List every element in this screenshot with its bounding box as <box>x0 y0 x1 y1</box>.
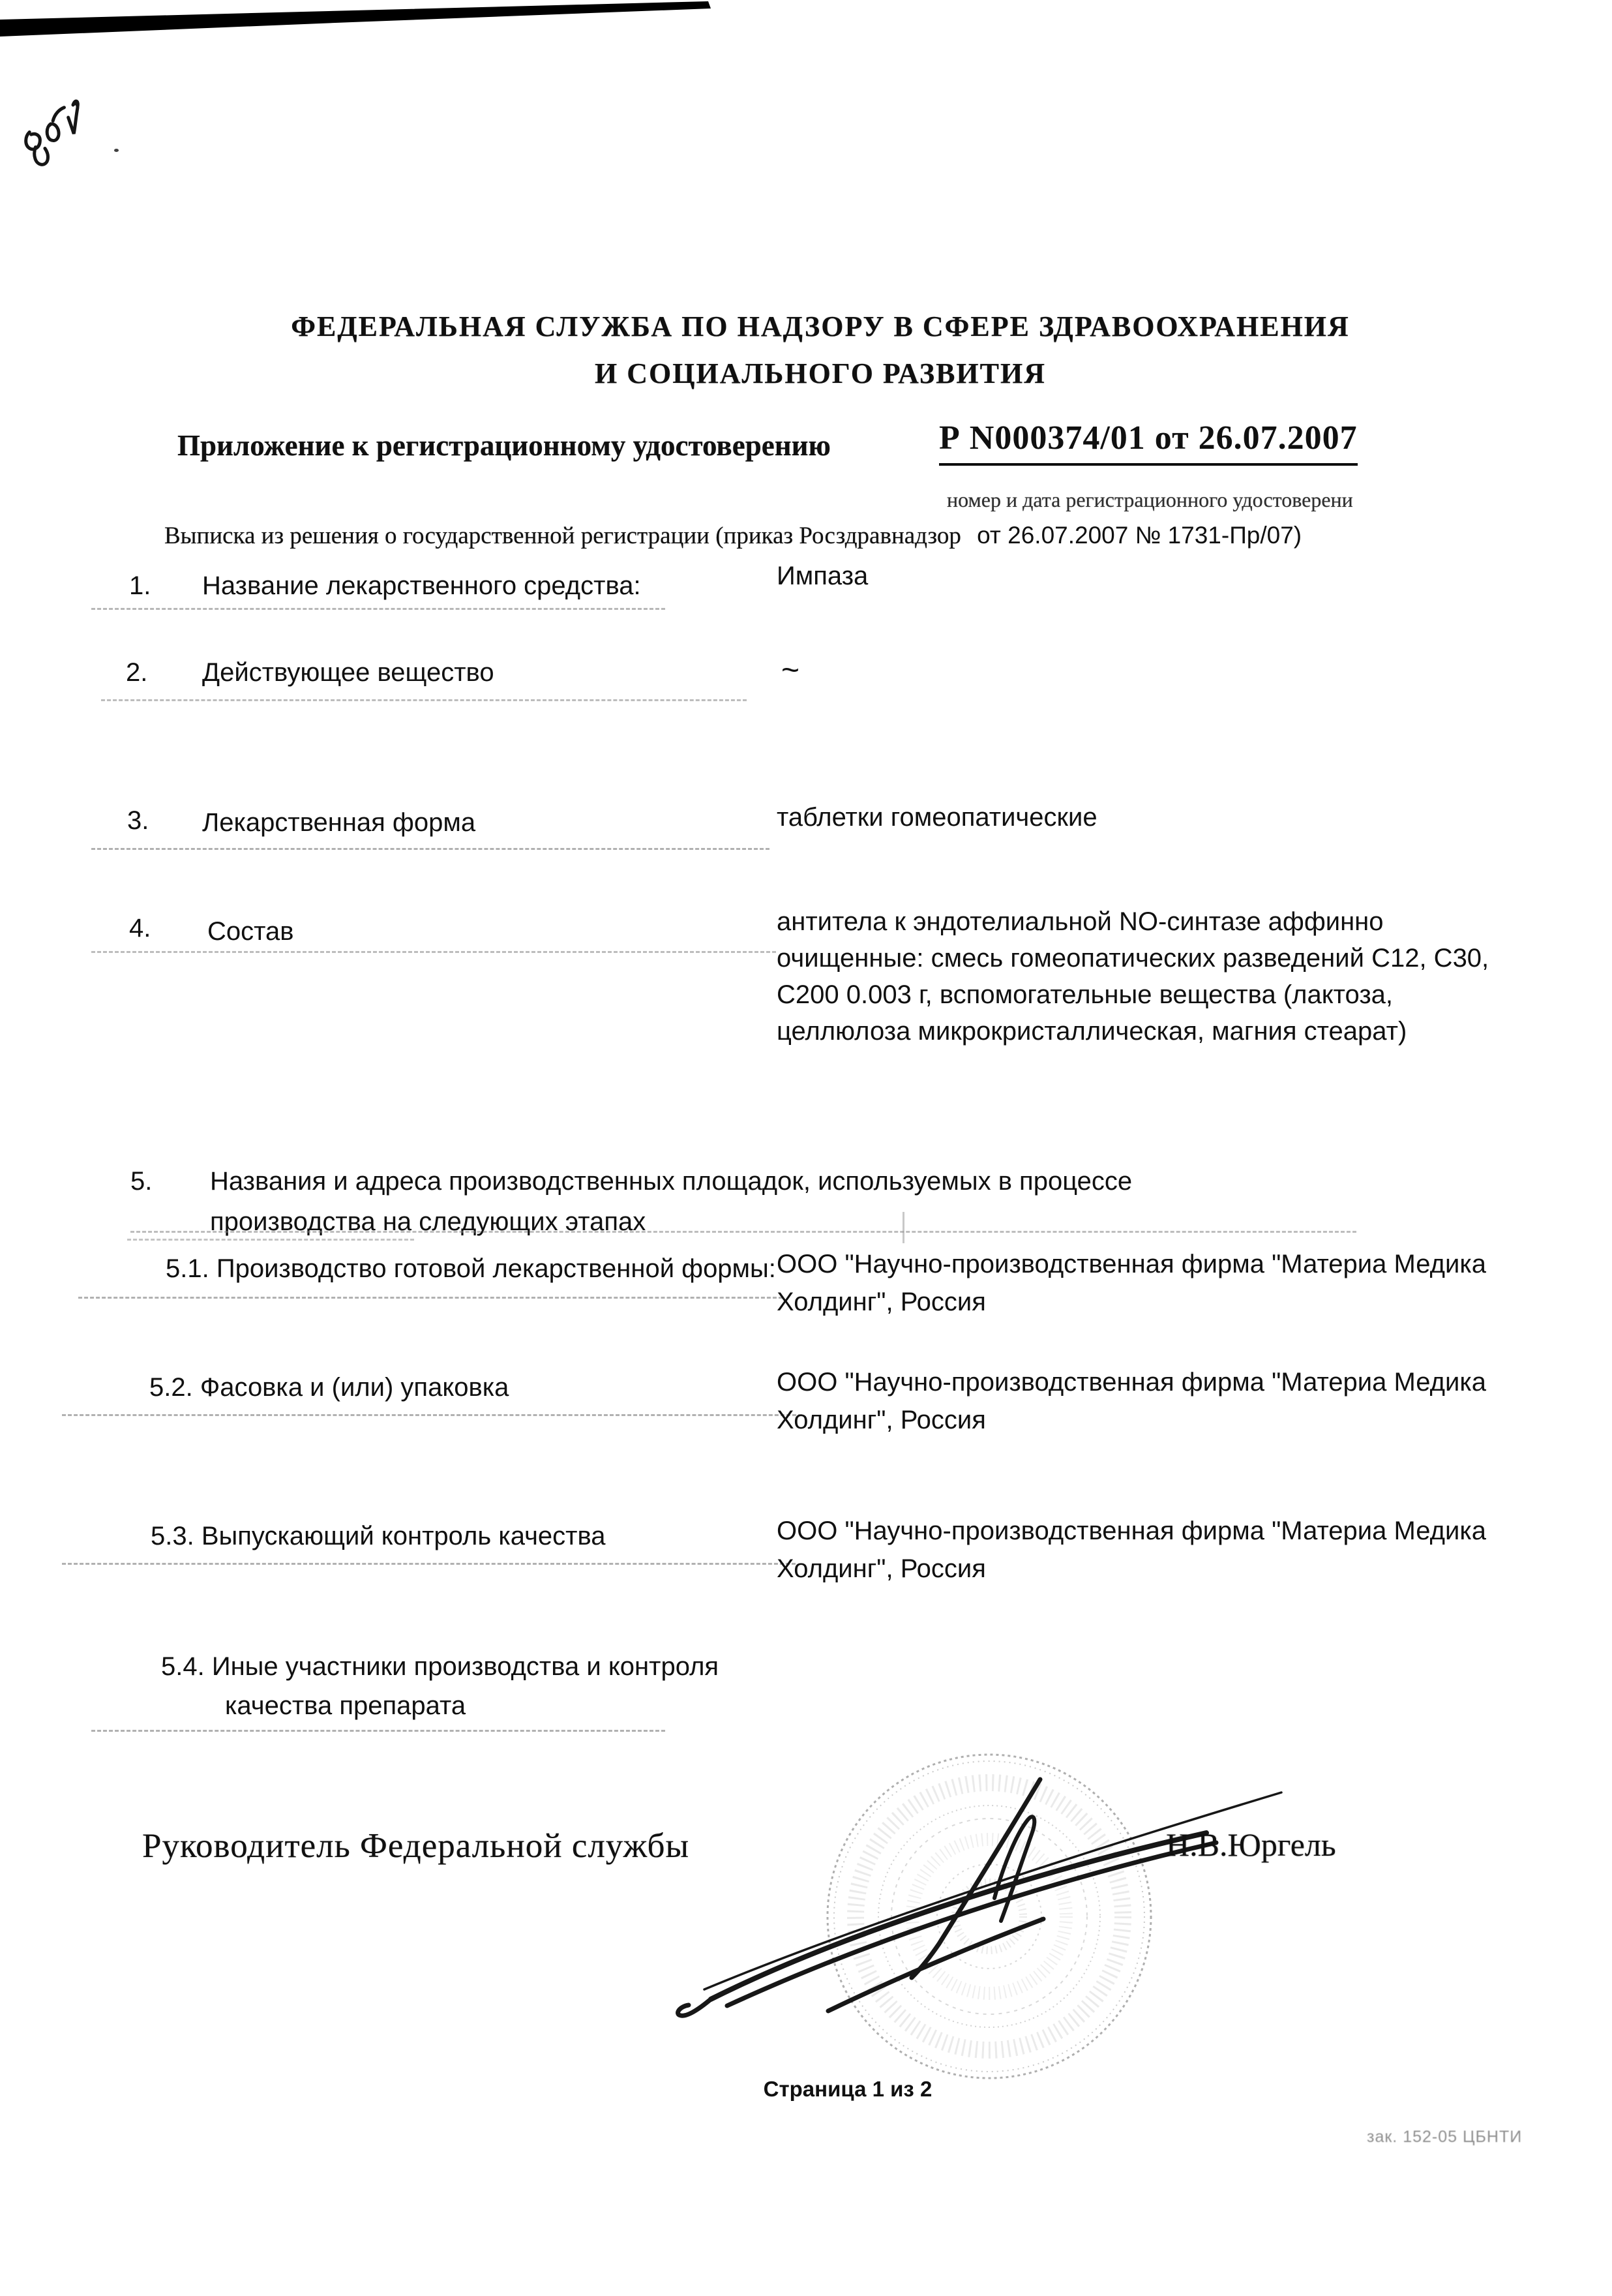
subitem-5-1-value-line2: Холдинг", Россия <box>777 1287 986 1317</box>
item-2-value: ~ <box>781 652 799 688</box>
ruled-dash-line <box>130 1231 1356 1233</box>
ruled-dash-line <box>91 608 665 610</box>
scan-artifact-line <box>0 0 730 39</box>
page-indicator: Страница 1 из 2 <box>753 2077 942 2102</box>
item-4-value-line1: антитела к эндотелиальной NO-синтазе афф… <box>777 907 1384 937</box>
item-1-label: Название лекарственного средства: <box>202 571 641 601</box>
subitem-5-2-value-line2: Холдинг", Россия <box>777 1405 986 1435</box>
subitem-5-1-label: 5.1. Производство готовой лекарственной … <box>166 1254 776 1284</box>
item-4-value-line3: С200 0.003 г, вспомогательные вещества (… <box>777 980 1393 1010</box>
item-5-number: 5. <box>130 1166 152 1196</box>
item-4-value-line2: очищенные: смесь гомеопатических разведе… <box>777 943 1489 973</box>
ruled-dash-line <box>91 848 769 850</box>
subitem-5-2-label: 5.2. Фасовка и (или) упаковка <box>149 1372 509 1402</box>
subitem-5-4-label-line2: качества препарата <box>225 1691 466 1721</box>
subitem-5-2-value-line1: ООО "Научно-производственная фирма "Мате… <box>777 1367 1486 1397</box>
item-4-number: 4. <box>129 913 151 943</box>
item-3-number: 3. <box>127 806 149 836</box>
extract-part2: от 26.07.2007 № 1731-Пр/07) <box>977 522 1302 549</box>
extract-line: Выписка из решения о государственной рег… <box>164 522 1302 551</box>
item-3-label: Лекарственная форма <box>202 808 475 838</box>
agency-title-line1: ФЕДЕРАЛЬНАЯ СЛУЖБА ПО НАДЗОРУ В СФЕРЕ ЗД… <box>29 310 1612 344</box>
item-4-label: Состав <box>207 916 294 946</box>
ruled-dash-line <box>78 1297 783 1299</box>
registration-number: Р N000374/01 от 26.07.2007 <box>939 419 1358 466</box>
item-5-label-line1: Названия и адреса производственных площа… <box>210 1166 1132 1196</box>
item-2-label: Действующее вещество <box>202 657 494 687</box>
signoff-name: Н.В.Юргель <box>1166 1826 1336 1864</box>
subitem-5-1-value-line1: ООО "Научно-производственная фирма "Мате… <box>777 1249 1486 1279</box>
ruled-dash-line <box>91 1730 665 1732</box>
subitem-5-3-value-line2: Холдинг", Россия <box>777 1554 986 1584</box>
ruled-dash-line <box>62 1414 802 1416</box>
print-code: зак. 152-05 ЦБНТИ <box>1367 2128 1522 2147</box>
handwritten-mark <box>13 91 89 178</box>
agency-title-line2: И СОЦИАЛЬНОГО РАЗВИТИЯ <box>29 357 1612 391</box>
attachment-label: Приложение к регистрационному удостовере… <box>177 429 831 463</box>
ink-speck <box>114 149 119 152</box>
ruled-dash-line <box>91 951 776 953</box>
signoff-title: Руководитель Федеральной службы <box>142 1826 689 1866</box>
item-1-number: 1. <box>129 571 151 601</box>
item-3-value: таблетки гомеопатические <box>777 802 1097 832</box>
document-page: ФЕДЕРАЛЬНАЯ СЛУЖБА ПО НАДЗОРУ В СФЕРЕ ЗД… <box>0 0 1612 2296</box>
subitem-5-3-label: 5.3. Выпускающий контроль качества <box>151 1521 606 1551</box>
extract-part1: Выписка из решения о государственной рег… <box>164 522 961 549</box>
subitem-5-3-value-line1: ООО "Научно-производственная фирма "Мате… <box>777 1516 1486 1546</box>
subitem-5-4-label-line1: 5.4. Иные участники производства и контр… <box>161 1652 719 1682</box>
ruled-dash-line <box>62 1563 796 1565</box>
item-2-number: 2. <box>126 657 147 687</box>
ruled-dash-line <box>101 699 747 701</box>
registration-number-caption: номер и дата регистрационного удостовере… <box>947 488 1353 512</box>
item-1-value: Импаза <box>777 561 868 591</box>
scan-stray-mark <box>903 1212 904 1243</box>
ruled-dash-line <box>127 1239 414 1241</box>
signature-stroke <box>665 1729 1317 2042</box>
item-4-value-line4: целлюлоза микрокристаллическая, магния с… <box>777 1016 1407 1046</box>
